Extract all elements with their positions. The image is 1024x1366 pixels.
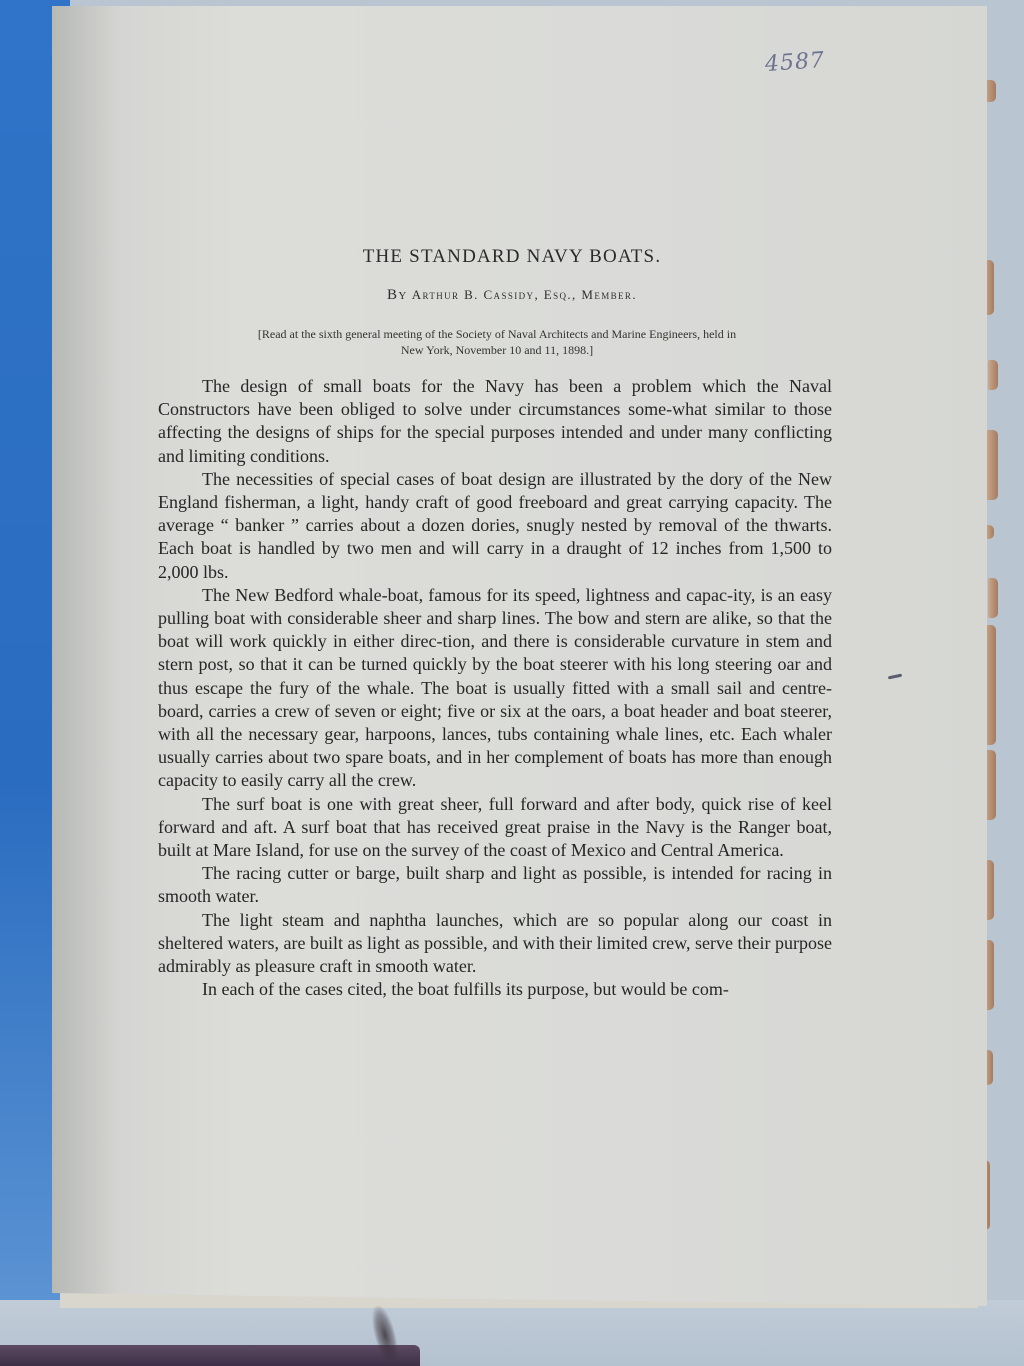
torn-fragment	[988, 578, 998, 618]
paragraph-surf-boat: The surf boat is one with great sheer, f…	[158, 793, 832, 863]
torn-fragment	[988, 360, 998, 390]
byline-prefix: By	[387, 287, 408, 303]
article-body: The design of small boats for the Navy h…	[158, 375, 832, 1001]
dark-object-edge	[0, 1345, 420, 1366]
reading-note: [Read at the sixth general meeting of th…	[163, 326, 831, 358]
paragraph-racing-cutter: The racing cutter or barge, built sharp …	[158, 862, 832, 908]
handwritten-catalog-number: 4587	[764, 48, 826, 77]
torn-fragment	[986, 525, 994, 539]
paragraph-dory: The necessities of special cases of boat…	[158, 468, 832, 584]
paragraph-whale-boat: The New Bedford whale-boat, famous for i…	[158, 584, 832, 793]
paragraph-launches: The light steam and naphtha launches, wh…	[158, 909, 832, 979]
paragraph-design: The design of small boats for the Navy h…	[158, 375, 832, 468]
reading-note-line-1: [Read at the sixth general meeting of th…	[163, 326, 831, 342]
byline-role: Member.	[581, 287, 637, 302]
torn-fragment	[986, 430, 998, 500]
paragraph-conclusion-start: In each of the cases cited, the boat ful…	[158, 978, 832, 1001]
author-byline: By Arthur B. Cassidy, Esq., Member.	[0, 287, 1024, 304]
document-title: THE STANDARD NAVY BOATS.	[0, 246, 1024, 268]
byline-author: Arthur B. Cassidy, Esq.,	[412, 287, 577, 302]
reading-note-line-2: New York, November 10 and 11, 1898.]	[163, 342, 831, 358]
